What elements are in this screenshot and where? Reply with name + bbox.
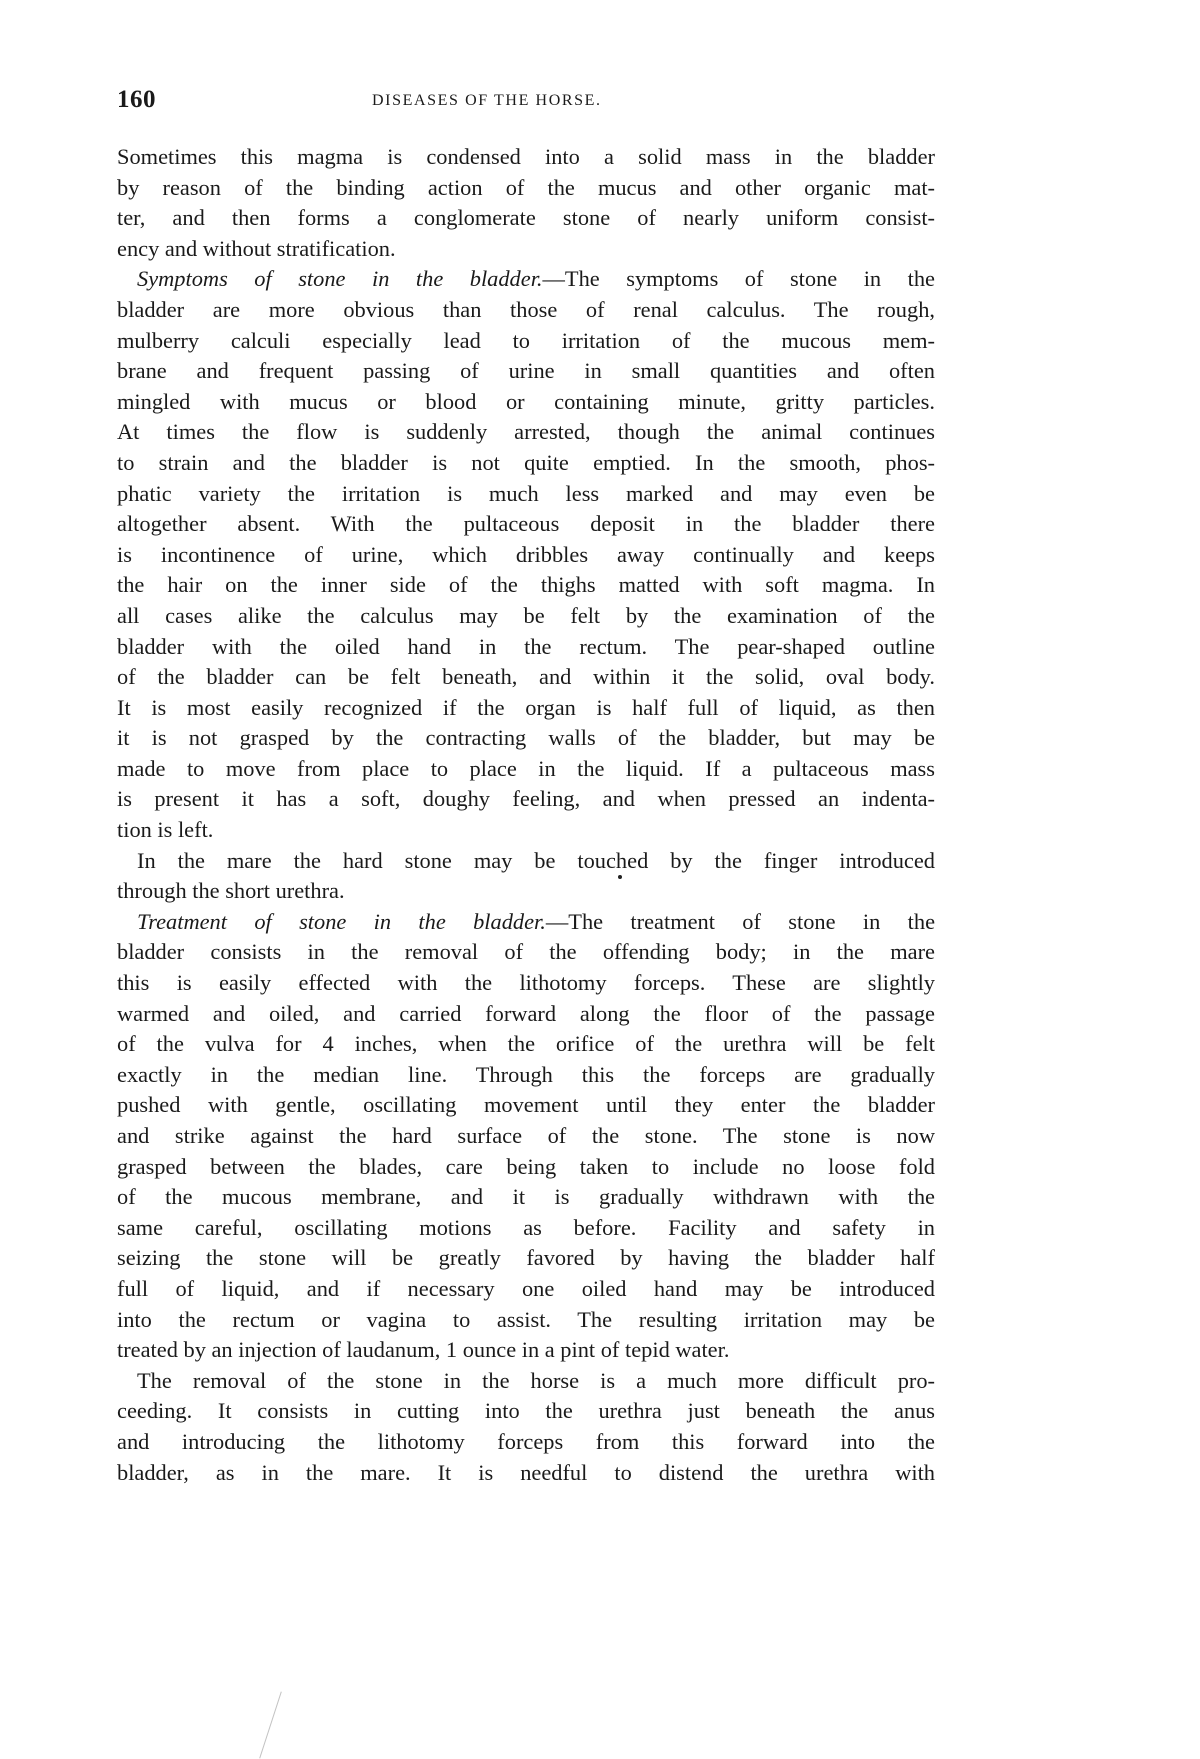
paragraph-treatment: Treatment of stone in the bladder.—The t… — [117, 907, 935, 1366]
text-line: It is most easily recognized if the orga… — [117, 693, 935, 724]
text-fragment: —The treatment of stone in the — [546, 909, 935, 934]
text-line: all cases alike the calculus may be felt… — [117, 601, 935, 632]
book-page: 160 DISEASES OF THE HORSE. Sometimes thi… — [117, 86, 935, 1488]
text-line: of the bladder can be felt beneath, and … — [117, 662, 935, 693]
text-line: and strike against the hard surface of t… — [117, 1121, 935, 1152]
running-title: DISEASES OF THE HORSE. — [372, 92, 602, 110]
text-line: mingled with mucus or blood or containin… — [117, 387, 935, 418]
text-line: through the short urethra. — [117, 876, 935, 907]
paragraph-symptoms: Symptoms of stone in the bladder.—The sy… — [117, 264, 935, 845]
text-line: same careful, oscillating motions as bef… — [117, 1213, 935, 1244]
text-line: full of liquid, and if necessary one oil… — [117, 1274, 935, 1305]
text-line: In the mare the hard stone may be touche… — [117, 846, 935, 877]
scan-artifact-dot — [618, 875, 622, 879]
text-line: Symptoms of stone in the bladder.—The sy… — [117, 264, 935, 295]
paragraph: The removal of the stone in the horse is… — [117, 1366, 935, 1488]
text-line: At times the flow is suddenly arrested, … — [117, 417, 935, 448]
text-line: bladder, as in the mare. It is needful t… — [117, 1458, 935, 1489]
text-line: tion is left. — [117, 815, 935, 846]
text-line: seizing the stone will be greatly favore… — [117, 1243, 935, 1274]
text-line: bladder consists in the removal of the o… — [117, 937, 935, 968]
text-line: it is not grasped by the contracting wal… — [117, 723, 935, 754]
text-line: Sometimes this magma is condensed into a… — [117, 142, 935, 173]
text-line: bladder are more obvious than those of r… — [117, 295, 935, 326]
section-heading-treatment: Treatment of stone in the bladder. — [137, 909, 546, 934]
text-line: phatic variety the irritation is much le… — [117, 479, 935, 510]
text-line: ceeding. It consists in cutting into the… — [117, 1396, 935, 1427]
text-fragment: —The symptoms of stone in the — [543, 266, 935, 291]
text-line: this is easily effected with the lithoto… — [117, 968, 935, 999]
section-heading-symptoms: Symptoms of stone in the bladder. — [137, 266, 543, 291]
text-line: altogether absent. With the pultaceous d… — [117, 509, 935, 540]
text-line: of the mucous membrane, and it is gradua… — [117, 1182, 935, 1213]
text-line: ter, and then forms a conglomerate stone… — [117, 203, 935, 234]
text-line: Treatment of stone in the bladder.—The t… — [117, 907, 935, 938]
text-line: ency and without stratification. — [117, 234, 935, 265]
text-line: bladder with the oiled hand in the rectu… — [117, 632, 935, 663]
text-line: exactly in the median line. Through this… — [117, 1060, 935, 1091]
text-line: mulberry calculi especially lead to irri… — [117, 326, 935, 357]
text-line: to strain and the bladder is not quite e… — [117, 448, 935, 479]
text-line: brane and frequent passing of urine in s… — [117, 356, 935, 387]
text-line: is incontinence of urine, which dribbles… — [117, 540, 935, 571]
paragraph: Sometimes this magma is condensed into a… — [117, 142, 935, 264]
text-line: the hair on the inner side of the thighs… — [117, 570, 935, 601]
text-line: grasped between the blades, care being t… — [117, 1152, 935, 1183]
page-number: 160 — [117, 86, 156, 114]
text-line: is present it has a soft, doughy feeling… — [117, 784, 935, 815]
body-text: Sometimes this magma is condensed into a… — [117, 142, 935, 1488]
text-line: warmed and oiled, and carried forward al… — [117, 999, 935, 1030]
text-line: and introducing the lithotomy forceps fr… — [117, 1427, 935, 1458]
text-line: of the vulva for 4 inches, when the orif… — [117, 1029, 935, 1060]
scan-artifact-line — [259, 1692, 282, 1759]
paragraph: In the mare the hard stone may be touche… — [117, 846, 935, 907]
text-line: into the rectum or vagina to assist. The… — [117, 1305, 935, 1336]
text-line: treated by an injection of laudanum, 1 o… — [117, 1335, 935, 1366]
text-line: by reason of the binding action of the m… — [117, 173, 935, 204]
text-line: The removal of the stone in the horse is… — [117, 1366, 935, 1397]
running-head: 160 DISEASES OF THE HORSE. — [117, 86, 935, 120]
text-line: pushed with gentle, oscillating movement… — [117, 1090, 935, 1121]
text-line: made to move from place to place in the … — [117, 754, 935, 785]
